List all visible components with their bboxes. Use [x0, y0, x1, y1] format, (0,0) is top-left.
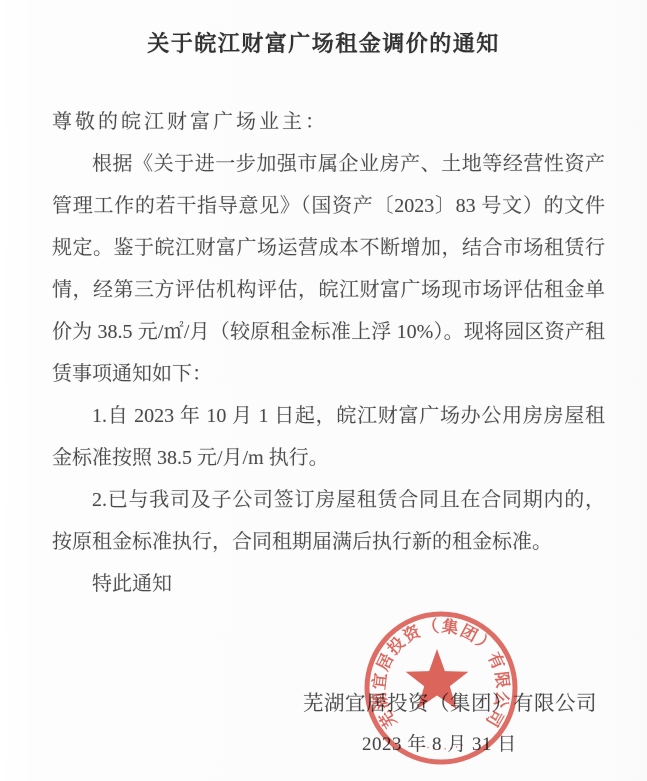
notice-paragraph: 2.已与我司及子公司签订房屋租赁合同且在合同期内的，按原租金标准执行，合同租期届… [52, 479, 605, 563]
salutation: 尊敬的皖江财富广场业主： [52, 101, 605, 143]
signature-date: 2023 年 8 月 31 日 [362, 729, 517, 756]
notice-title: 关于皖江财富广场租金调价的通知 [0, 27, 647, 58]
signature-company: 芜湖宜居投资（集团）有限公司 [303, 686, 597, 716]
notice-paragraph: 根据《关于进一步加强市属企业房产、土地等经营性资产管理工作的若干指导意见》（国资… [52, 143, 605, 395]
notice-document: 关于皖江财富广场租金调价的通知 尊敬的皖江财富广场业主： 根据《关于进一步加强市… [0, 0, 647, 781]
notice-body: 尊敬的皖江财富广场业主： 根据《关于进一步加强市属企业房产、土地等经营性资产管理… [52, 101, 605, 605]
notice-paragraph: 特此通知 [52, 563, 605, 605]
notice-paragraph: 1.自 2023 年 10 月 1 日起，皖江财富广场办公用房房屋租金标准按照 … [52, 395, 605, 479]
